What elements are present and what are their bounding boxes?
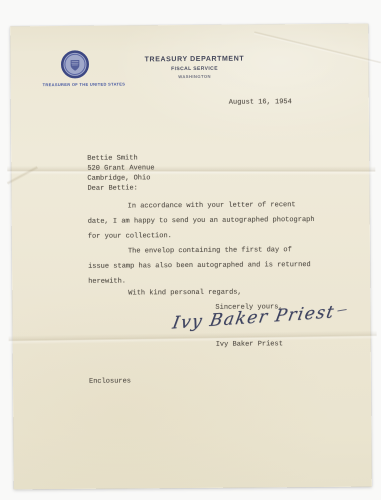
seal-caption: TREASURER OF THE UNITED STATES: [43, 82, 105, 87]
edge-crinkle: [6, 165, 38, 185]
salutation: Dear Bettie:: [87, 184, 137, 192]
enclosures-note: Enclosures: [89, 377, 131, 385]
recipient-street: 520 Grant Avenue: [87, 163, 154, 174]
recipient-address-block: Bettie Smith 520 Grant Avenue Cambridge,…: [87, 153, 154, 184]
body-line: for your collection.: [88, 228, 315, 245]
body-line: In accordance with your letter of recent: [88, 198, 315, 215]
treasury-seal-icon: [60, 50, 89, 79]
recipient-city: Cambridge, Ohio: [87, 173, 154, 184]
body-line: issue stamp has also been autographed an…: [88, 258, 311, 275]
typed-signature: Ivy Baker Priest: [216, 340, 283, 349]
body-line: The envelop containing the first day of: [88, 243, 311, 260]
letterhead: TREASURY DEPARTMENT FISCAL SERVICE WASHI…: [145, 56, 245, 79]
letterhead-service: FISCAL SERVICE: [145, 65, 245, 72]
letter-paper: TREASURER OF THE UNITED STATES TREASURY …: [10, 24, 372, 490]
corner-crinkle: [254, 31, 381, 65]
fold-crease-upper: [7, 166, 375, 175]
body-paragraph-1: In accordance with your letter of recent…: [88, 198, 315, 245]
treasury-seal: TREASURER OF THE UNITED STATES: [43, 50, 105, 87]
body-paragraph-2: The envelop containing the first day of …: [88, 243, 311, 290]
kind-regards-line: With kind personal regards,: [128, 289, 241, 298]
fold-crease-lower: [9, 330, 377, 344]
recipient-name: Bettie Smith: [87, 153, 154, 164]
body-line: date, I am happy to send you an autograp…: [88, 213, 315, 230]
letter-scan: TREASURER OF THE UNITED STATES TREASURY …: [0, 0, 381, 500]
body-line: herewith.: [88, 273, 311, 290]
letterhead-department: TREASURY DEPARTMENT: [145, 56, 245, 64]
letterhead-city: WASHINGTON: [145, 73, 245, 79]
date-line: August 16, 1954: [229, 98, 292, 106]
